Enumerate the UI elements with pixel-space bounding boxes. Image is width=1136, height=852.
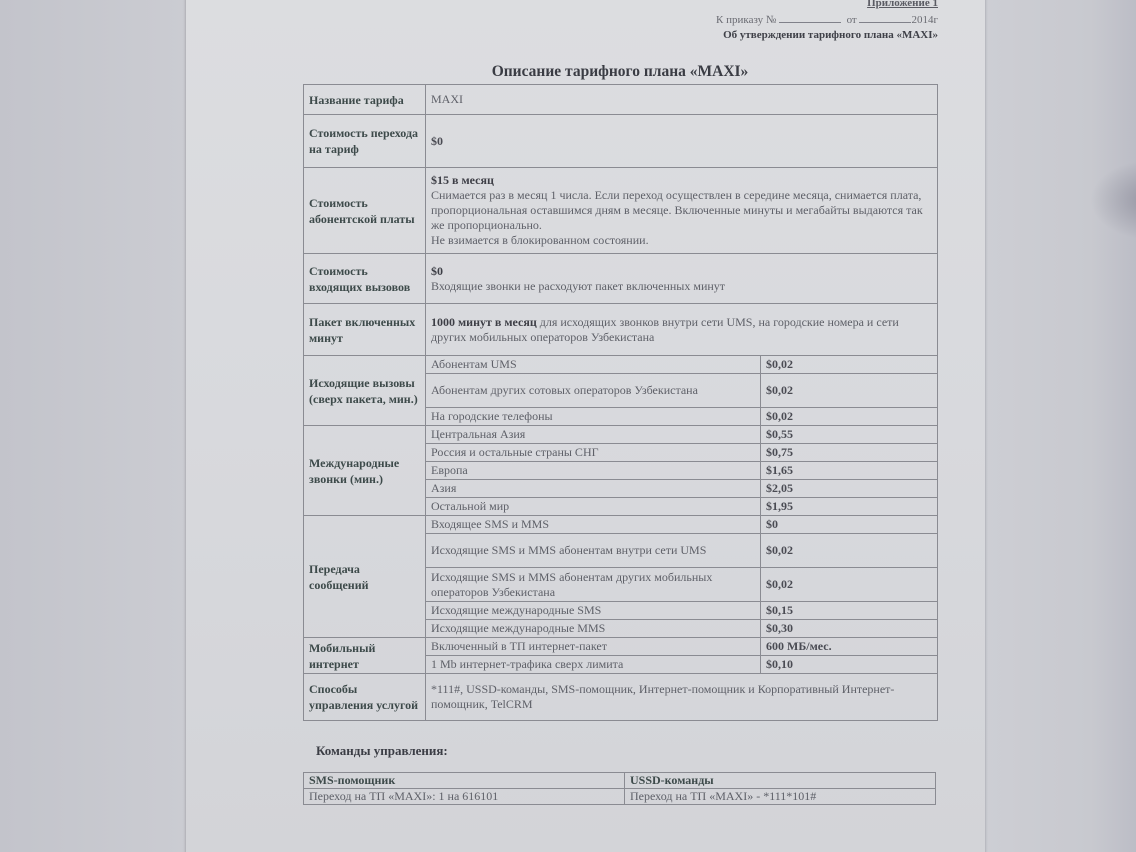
rate-price: $0,02: [761, 568, 938, 602]
row-label: Пакет включенных минут: [304, 304, 426, 356]
tariff-table: Название тарифа MAXI Стоимость перехода …: [303, 84, 938, 721]
table-row: Пакет включенных минут 1000 минут в меся…: [304, 304, 938, 356]
order-date-blank: [859, 11, 911, 23]
order-line: К приказу № от 2014г: [716, 11, 938, 28]
rate-name: Абонентам UMS: [426, 356, 761, 374]
document-header: Приложение 1 К приказу № от 2014г Об утв…: [716, 0, 938, 43]
incoming-cell: $0 Входящие звонки не расходуют пакет вк…: [426, 254, 938, 304]
row-label: Название тарифа: [304, 85, 426, 115]
rate-name: Входящее SMS и MMS: [426, 516, 761, 534]
rate-name: Центральная Азия: [426, 426, 761, 444]
column-header-sms: SMS-помощник: [304, 773, 625, 789]
table-row: Мобильный интернет Включенный в ТП интер…: [304, 638, 938, 656]
table-header-row: SMS-помощник USSD-команды: [304, 773, 936, 789]
management-methods: *111#, USSD-команды, SMS-помощник, Интер…: [426, 674, 938, 721]
table-row: Передача сообщений Входящее SMS и MMS $0: [304, 516, 938, 534]
rate-price: $1,95: [761, 498, 938, 516]
rate-price: $0,02: [761, 408, 938, 426]
table-row: Переход на ТП «MAXI»: 1 на 616101 Перехо…: [304, 789, 936, 805]
table-row: Международные звонки (мин.) Центральная …: [304, 426, 938, 444]
document-page: Приложение 1 К приказу № от 2014г Об утв…: [186, 0, 985, 852]
switch-cost-value: $0: [426, 115, 938, 168]
column-header-ussd: USSD-команды: [625, 773, 936, 789]
ussd-command: Переход на ТП «MAXI» - *111*101#: [625, 789, 936, 805]
rate-price: $0,02: [761, 356, 938, 374]
table-row: Способы управления услугой *111#, USSD-к…: [304, 674, 938, 721]
rate-name: Остальной мир: [426, 498, 761, 516]
background-left: [0, 0, 186, 852]
order-year: 2014г: [911, 14, 938, 26]
row-label: Стоимость абонентской платы: [304, 168, 426, 254]
order-number-blank: [779, 11, 841, 23]
table-row: Название тарифа MAXI: [304, 85, 938, 115]
rate-price: $0,30: [761, 620, 938, 638]
package-cell: 1000 минут в месяц для исходящих звонков…: [426, 304, 938, 356]
rate-price: $0: [761, 516, 938, 534]
subscription-note: Не взимается в блокированном состоянии.: [431, 233, 649, 247]
row-label: Стоимость входящих вызовов: [304, 254, 426, 304]
page-title: Описание тарифного плана «MAXI»: [303, 63, 937, 81]
rate-price: $0,02: [761, 534, 938, 568]
rate-name: На городские телефоны: [426, 408, 761, 426]
rate-name: Исходящие международные SMS: [426, 602, 761, 620]
order-from: от: [847, 14, 857, 26]
background-right: [985, 0, 1136, 852]
rate-price: 600 МБ/мес.: [761, 638, 938, 656]
row-label: Исходящие вызовы (сверх пакета, мин.): [304, 356, 426, 426]
commands-heading: Команды управления:: [316, 743, 448, 759]
row-label: Стоимость перехода на тариф: [304, 115, 426, 168]
rate-name: Европа: [426, 462, 761, 480]
subscription-cell: $15 в месяц Снимается раз в месяц 1 числ…: [426, 168, 938, 254]
rate-name: Исходящие международные MMS: [426, 620, 761, 638]
row-label: Мобильный интернет: [304, 638, 426, 674]
approval-line: Об утверждении тарифного плана «MAXI»: [716, 28, 938, 43]
rate-name: Включенный в ТП интернет-пакет: [426, 638, 761, 656]
incoming-price: $0: [431, 264, 443, 278]
subscription-price: $15 в месяц: [431, 173, 494, 187]
table-row: Исходящие вызовы (сверх пакета, мин.) Аб…: [304, 356, 938, 374]
rate-name: 1 Mb интернет-трафика сверх лимита: [426, 656, 761, 674]
commands-table: SMS-помощник USSD-команды Переход на ТП …: [303, 772, 936, 805]
rate-price: $2,05: [761, 480, 938, 498]
row-label: Передача сообщений: [304, 516, 426, 638]
rate-price: $0,02: [761, 374, 938, 408]
rate-name: Азия: [426, 480, 761, 498]
table-row: Стоимость абонентской платы $15 в месяц …: [304, 168, 938, 254]
table-row: Стоимость входящих вызовов $0 Входящие з…: [304, 254, 938, 304]
rate-price: $0,10: [761, 656, 938, 674]
row-label: Способы управления услугой: [304, 674, 426, 721]
tariff-name-value: MAXI: [426, 85, 938, 115]
order-prefix: К приказу №: [716, 14, 776, 26]
rate-price: $0,15: [761, 602, 938, 620]
rate-name: Абонентам других сотовых операторов Узбе…: [426, 374, 761, 408]
rate-name: Исходящие SMS и MMS абонентам внутри сет…: [426, 534, 761, 568]
rate-name: Россия и остальные страны СНГ: [426, 444, 761, 462]
row-label: Международные звонки (мин.): [304, 426, 426, 516]
sms-command: Переход на ТП «MAXI»: 1 на 616101: [304, 789, 625, 805]
rate-price: $0,75: [761, 444, 938, 462]
rate-price: $1,65: [761, 462, 938, 480]
table-row: Стоимость перехода на тариф $0: [304, 115, 938, 168]
rate-price: $0,55: [761, 426, 938, 444]
incoming-description: Входящие звонки не расходуют пакет включ…: [431, 279, 725, 293]
rate-name: Исходящие SMS и MMS абонентам других моб…: [426, 568, 761, 602]
subscription-description: Снимается раз в месяц 1 числа. Если пере…: [431, 188, 923, 232]
appendix-label: Приложение 1: [716, 0, 938, 11]
package-minutes: 1000 минут в месяц: [431, 315, 537, 329]
background-shadow: [1090, 160, 1136, 240]
